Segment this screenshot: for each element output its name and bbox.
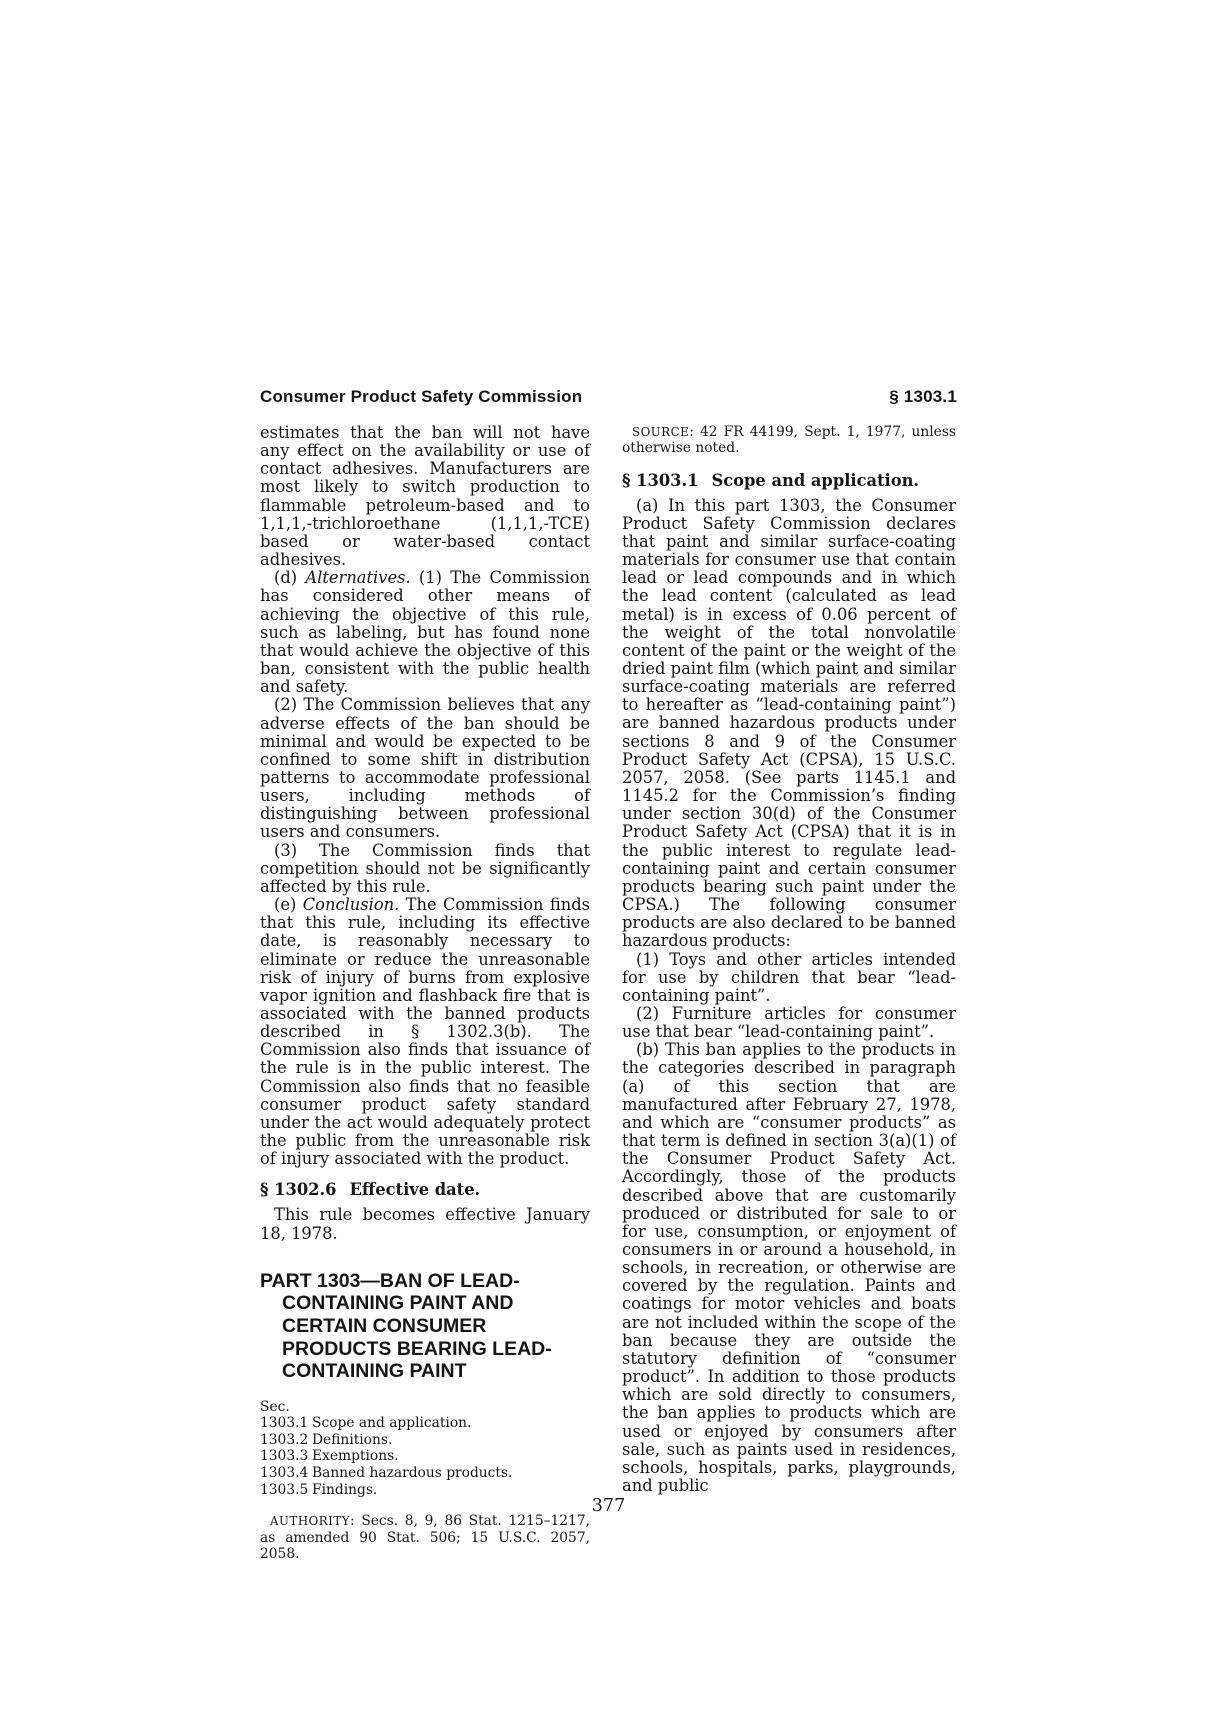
- authority-note: AUTHORITY: Secs. 8, 9, 86 Stat. 1215–121…: [260, 1513, 590, 1562]
- part-1303-heading: PART 1303—BAN OF LEAD-CONTAINING PAINT A…: [260, 1270, 590, 1383]
- paragraph: estimates that the ban will not have any…: [260, 424, 590, 569]
- text-run: (2) Furniture articles for consumer use …: [622, 1004, 956, 1041]
- toc-row: 1303.2Definitions.: [260, 1432, 590, 1449]
- text-run: estimates that the ban will not have any…: [260, 423, 590, 569]
- text-run: (3) The Commission finds that competitio…: [260, 841, 590, 896]
- section-heading-1302-6: § 1302.6Effective date.: [260, 1180, 590, 1199]
- effective-date-text: This rule becomes effective January 18, …: [260, 1206, 590, 1242]
- paragraph: (2) The Commission believes that any adv…: [260, 696, 590, 841]
- running-head: Consumer Product Safety Commission § 130…: [260, 387, 957, 407]
- paragraph: (e) Conclusion. The Commission finds tha…: [260, 896, 590, 1168]
- right-column-paragraphs: (a) In this part 1303, the Consumer Prod…: [622, 497, 956, 1496]
- left-column-paragraphs: estimates that the ban will not have any…: [260, 424, 590, 1168]
- toc-label: Sec.: [260, 1399, 590, 1416]
- paragraph: (d) Alternatives. (1) The Commission has…: [260, 569, 590, 696]
- text-run: (e): [274, 895, 303, 914]
- toc-section-number: 1303.3: [260, 1448, 312, 1465]
- source-note: SOURCE: 42 FR 44199, Sept. 1, 1977, unle…: [622, 424, 956, 457]
- text-run: The Commission finds that this rule, inc…: [260, 895, 590, 1168]
- section-heading-1303-1: § 1303.1Scope and application.: [622, 471, 956, 490]
- paragraph: (2) Furniture articles for consumer use …: [622, 1005, 956, 1041]
- toc-section-title: Definitions.: [312, 1432, 590, 1449]
- italic-text: Conclusion.: [303, 895, 400, 914]
- paragraph: (b) This ban applies to the products in …: [622, 1041, 956, 1495]
- text-run: (1) The Commission has considered other …: [260, 568, 590, 696]
- running-head-left: Consumer Product Safety Commission: [260, 387, 582, 407]
- source-label: SOURCE: [632, 425, 689, 439]
- toc-section-number: 1303.4: [260, 1465, 312, 1482]
- text-run: (d): [274, 568, 305, 587]
- toc-section-number: 1303.2: [260, 1432, 312, 1449]
- toc-row: 1303.1Scope and application.: [260, 1415, 590, 1432]
- paragraph: (3) The Commission finds that competitio…: [260, 842, 590, 896]
- section-title: Scope and application.: [712, 471, 920, 490]
- italic-text: Alternatives.: [305, 568, 410, 587]
- text-run: (1) Toys and other articles intended for…: [622, 950, 956, 1005]
- section-number: § 1302.6: [260, 1180, 337, 1199]
- text-run: (b) This ban applies to the products in …: [622, 1040, 956, 1495]
- page-number: 377: [260, 1496, 957, 1516]
- authority-label: AUTHORITY: [270, 1514, 350, 1528]
- paragraph: (a) In this part 1303, the Consumer Prod…: [622, 497, 956, 951]
- toc-row: 1303.3Exemptions.: [260, 1448, 590, 1465]
- toc-row: 1303.4Banned hazardous products.: [260, 1465, 590, 1482]
- running-head-right: § 1303.1: [889, 387, 957, 407]
- section-number: § 1303.1: [622, 471, 699, 490]
- document-page: Consumer Product Safety Commission § 130…: [0, 0, 1214, 1719]
- left-column: estimates that the ban will not have any…: [260, 424, 590, 1562]
- text-run: (a) In this part 1303, the Consumer Prod…: [622, 496, 956, 951]
- toc-section-title: Banned hazardous products.: [312, 1465, 590, 1482]
- toc-section-number: 1303.1: [260, 1415, 312, 1432]
- toc-section-title: Scope and application.: [312, 1415, 590, 1432]
- right-column: SOURCE: 42 FR 44199, Sept. 1, 1977, unle…: [622, 424, 956, 1495]
- toc: Sec. 1303.1Scope and application.1303.2D…: [260, 1399, 590, 1499]
- toc-rows: 1303.1Scope and application.1303.2Defini…: [260, 1415, 590, 1498]
- section-title: Effective date.: [350, 1180, 481, 1199]
- paragraph: (1) Toys and other articles intended for…: [622, 951, 956, 1005]
- toc-section-title: Exemptions.: [312, 1448, 590, 1465]
- text-run: (2) The Commission believes that any adv…: [260, 695, 590, 841]
